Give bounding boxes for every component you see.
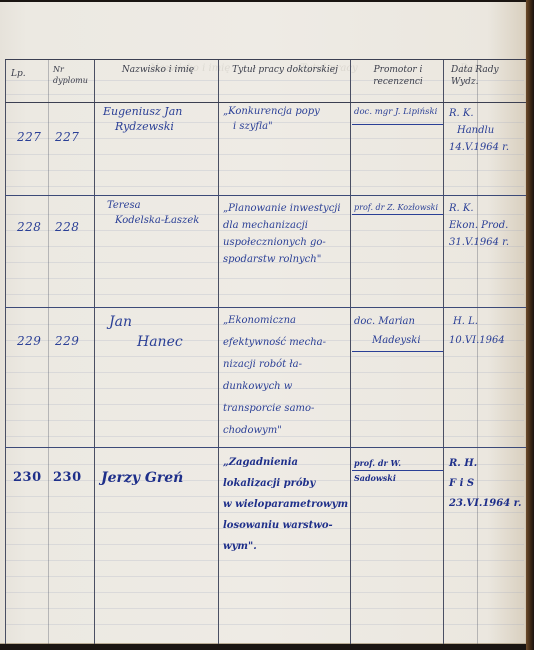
promotor-cell: doc. mgr J. Lipiński: [351, 103, 443, 122]
promotor-cell: doc. Marian Madeyski: [351, 310, 443, 352]
nr-dyplomu-cell: 230: [50, 468, 85, 487]
promotor-cell: prof. dr W. Sadowski: [351, 454, 443, 488]
title-cell: „Konkurencja popy i szyfla": [220, 102, 350, 136]
header-data-rady: Data Rady Wydz.: [448, 62, 526, 90]
header-nr-dyplomu: Nr dyplomu: [50, 62, 94, 88]
nr-dyplomu-cell: 228: [52, 218, 82, 237]
nr-dyplomu-cell: 227: [52, 128, 82, 147]
lp-cell: 227: [14, 128, 44, 147]
defense-date: 23.VI.1964 r.: [449, 494, 523, 514]
name-cell: Eugeniusz Jan Rydzewski: [100, 102, 218, 136]
book-binding-edge: [526, 0, 534, 650]
header-tytul-pracy: Tytuł pracy doktorskiej: [222, 62, 348, 78]
defense-date: 31.V.1964 r.: [449, 234, 523, 251]
lp-cell: 230: [10, 468, 45, 487]
nr-dyplomu-cell: 229: [52, 332, 82, 351]
rada-cell: R. K. Handlu 14.V.1964 r.: [446, 103, 526, 158]
lp-cell: 228: [14, 218, 44, 237]
left-border: [5, 59, 6, 644]
title-cell: „Zagadnienia lokalizacji próby w wielopa…: [220, 450, 356, 559]
title-cell: „Planowanie inwestycji dla mechanizacji …: [220, 198, 352, 270]
header-nazwisko-imie: Nazwisko i imię: [100, 62, 216, 78]
defense-date: 14.V.1964 r.: [449, 139, 523, 156]
name-cell: Jerzy Greń: [98, 466, 216, 490]
first-name: Teresa: [103, 198, 217, 213]
header-lp: Lp.: [8, 66, 48, 82]
title-cell: „Ekonomiczna efektywność mecha- nizacji …: [220, 308, 350, 444]
surname: Kodelska-Łaszek: [103, 213, 217, 228]
name-cell: Jan Hanec: [100, 310, 218, 354]
name-cell: Teresa Kodelska-Łaszek: [100, 196, 220, 230]
rada-cell: H. L. 10.VI.1964: [446, 310, 526, 352]
rada-cell: R. H. F i S 23.VI.1964 r.: [446, 452, 526, 516]
first-name: Jan: [103, 312, 215, 332]
lp-cell: 229: [14, 332, 44, 351]
rada-cell: R. K. Ekon. Prod. 31.V.1964 r.: [446, 198, 526, 253]
header-promotor: Promotor i recenzenci: [354, 62, 442, 90]
defense-date: 10.VI.1964: [449, 331, 523, 350]
surname: Rydzewski: [103, 119, 215, 134]
table-top-border: [5, 59, 527, 60]
surname: Hanec: [103, 332, 215, 352]
first-name: Eugeniusz Jan: [103, 104, 215, 119]
